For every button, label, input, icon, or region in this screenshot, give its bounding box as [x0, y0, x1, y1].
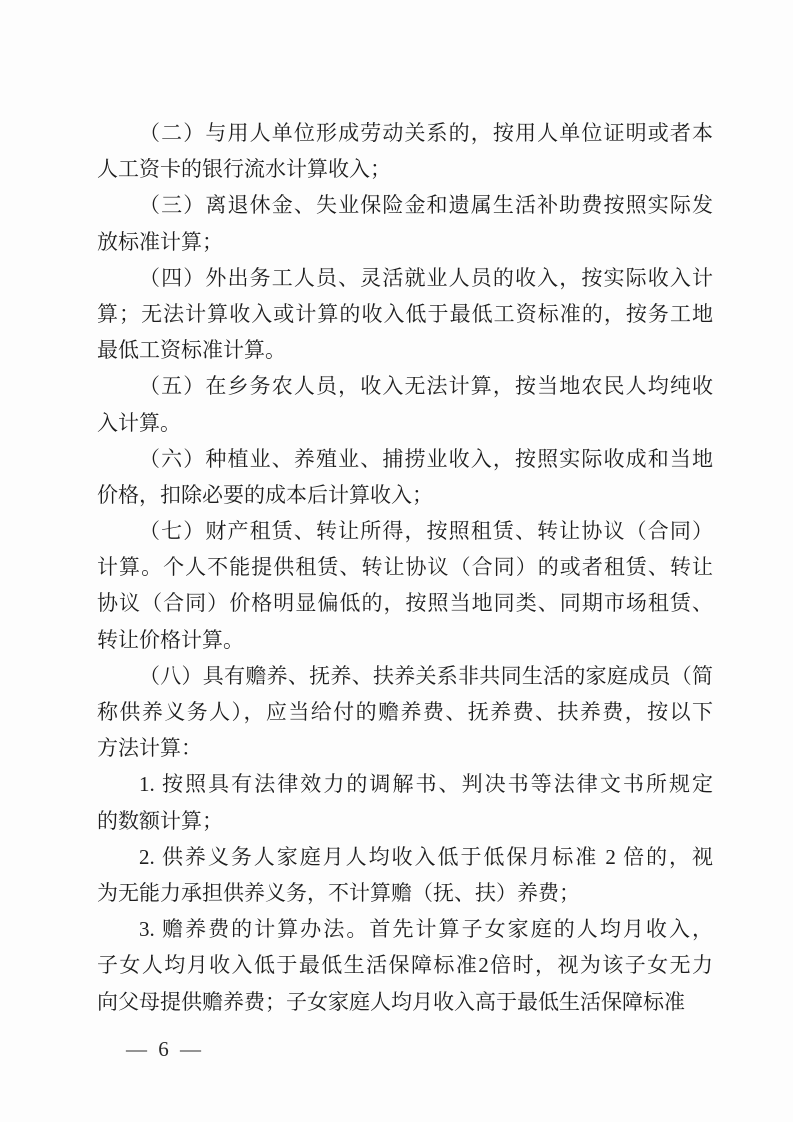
text-line: 价格，扣除必要的成本后计算收入； — [97, 477, 713, 513]
paragraph: 1. 按照具有法律效力的调解书、判决书等法律文书所规定的数额计算； — [97, 766, 713, 838]
paragraph: 3. 赡养费的计算办法。首先计算子女家庭的人均月收入，子女人均月收入低于最低生活… — [97, 911, 713, 1020]
document-page: （二）与用人单位形成劳动关系的，按用人单位证明或者本人工资卡的银行流水计算收入；… — [0, 0, 793, 1122]
paragraph: （四）外出务工人员、灵活就业人员的收入，按实际收入计算；无法计算收入或计算的收入… — [97, 260, 713, 369]
paragraph: （二）与用人单位形成劳动关系的，按用人单位证明或者本人工资卡的银行流水计算收入； — [97, 115, 713, 187]
text-line: （六）种植业、养殖业、捕捞业收入，按照实际收成和当地 — [97, 441, 713, 477]
text-line: 算；无法计算收入或计算的收入低于最低工资标准的，按务工地 — [97, 296, 713, 332]
text-line: 放标准计算； — [97, 224, 713, 260]
text-line: 称供养义务人），应当给付的赡养费、抚养费、扶养费，按以下 — [97, 694, 713, 730]
text-line: （三）离退休金、失业保险金和遗属生活补助费按照实际发 — [97, 187, 713, 223]
text-line: 向父母提供赡养费；子女家庭人均月收入高于最低生活保障标准 — [97, 984, 713, 1020]
text-line: 的数额计算； — [97, 803, 713, 839]
page-number: — 6 — — [126, 1035, 204, 1063]
text-line: 协议（合同）价格明显偏低的，按照当地同类、同期市场租赁、 — [97, 585, 713, 621]
paragraph: （七）财产租赁、转让所得，按照租赁、转让协议（合同）计算。个人不能提供租赁、转让… — [97, 513, 713, 658]
text-line: 为无能力承担供养义务，不计算赡（抚、扶）养费； — [97, 875, 713, 911]
paragraph: （三）离退休金、失业保险金和遗属生活补助费按照实际发放标准计算； — [97, 187, 713, 259]
paragraph: （五）在乡务农人员，收入无法计算，按当地农民人均纯收入计算。 — [97, 368, 713, 440]
text-line: 子女人均月收入低于最低生活保障标准2倍时，视为该子女无力 — [97, 947, 713, 983]
text-line: （五）在乡务农人员，收入无法计算，按当地农民人均纯收 — [97, 368, 713, 404]
text-line: 方法计算： — [97, 730, 713, 766]
paragraph: （八）具有赡养、抚养、扶养关系非共同生活的家庭成员（简称供养义务人），应当给付的… — [97, 658, 713, 767]
text-line: 最低工资标准计算。 — [97, 332, 713, 368]
document-body: （二）与用人单位形成劳动关系的，按用人单位证明或者本人工资卡的银行流水计算收入；… — [97, 115, 713, 1020]
text-line: 人工资卡的银行流水计算收入； — [97, 151, 713, 187]
text-line: （二）与用人单位形成劳动关系的，按用人单位证明或者本 — [97, 115, 713, 151]
paragraph: 2. 供养义务人家庭月人均收入低于低保月标准 2 倍的，视为无能力承担供养义务，… — [97, 839, 713, 911]
text-line: 2. 供养义务人家庭月人均收入低于低保月标准 2 倍的，视 — [97, 839, 713, 875]
text-line: 入计算。 — [97, 405, 713, 441]
text-line: （四）外出务工人员、灵活就业人员的收入，按实际收入计 — [97, 260, 713, 296]
text-line: 计算。个人不能提供租赁、转让协议（合同）的或者租赁、转让 — [97, 549, 713, 585]
text-line: 3. 赡养费的计算办法。首先计算子女家庭的人均月收入， — [97, 911, 713, 947]
paragraph: （六）种植业、养殖业、捕捞业收入，按照实际收成和当地价格，扣除必要的成本后计算收… — [97, 441, 713, 513]
text-line: 1. 按照具有法律效力的调解书、判决书等法律文书所规定 — [97, 766, 713, 802]
text-line: （七）财产租赁、转让所得，按照租赁、转让协议（合同） — [97, 513, 713, 549]
text-line: （八）具有赡养、抚养、扶养关系非共同生活的家庭成员（简 — [97, 658, 713, 694]
text-line: 转让价格计算。 — [97, 622, 713, 658]
